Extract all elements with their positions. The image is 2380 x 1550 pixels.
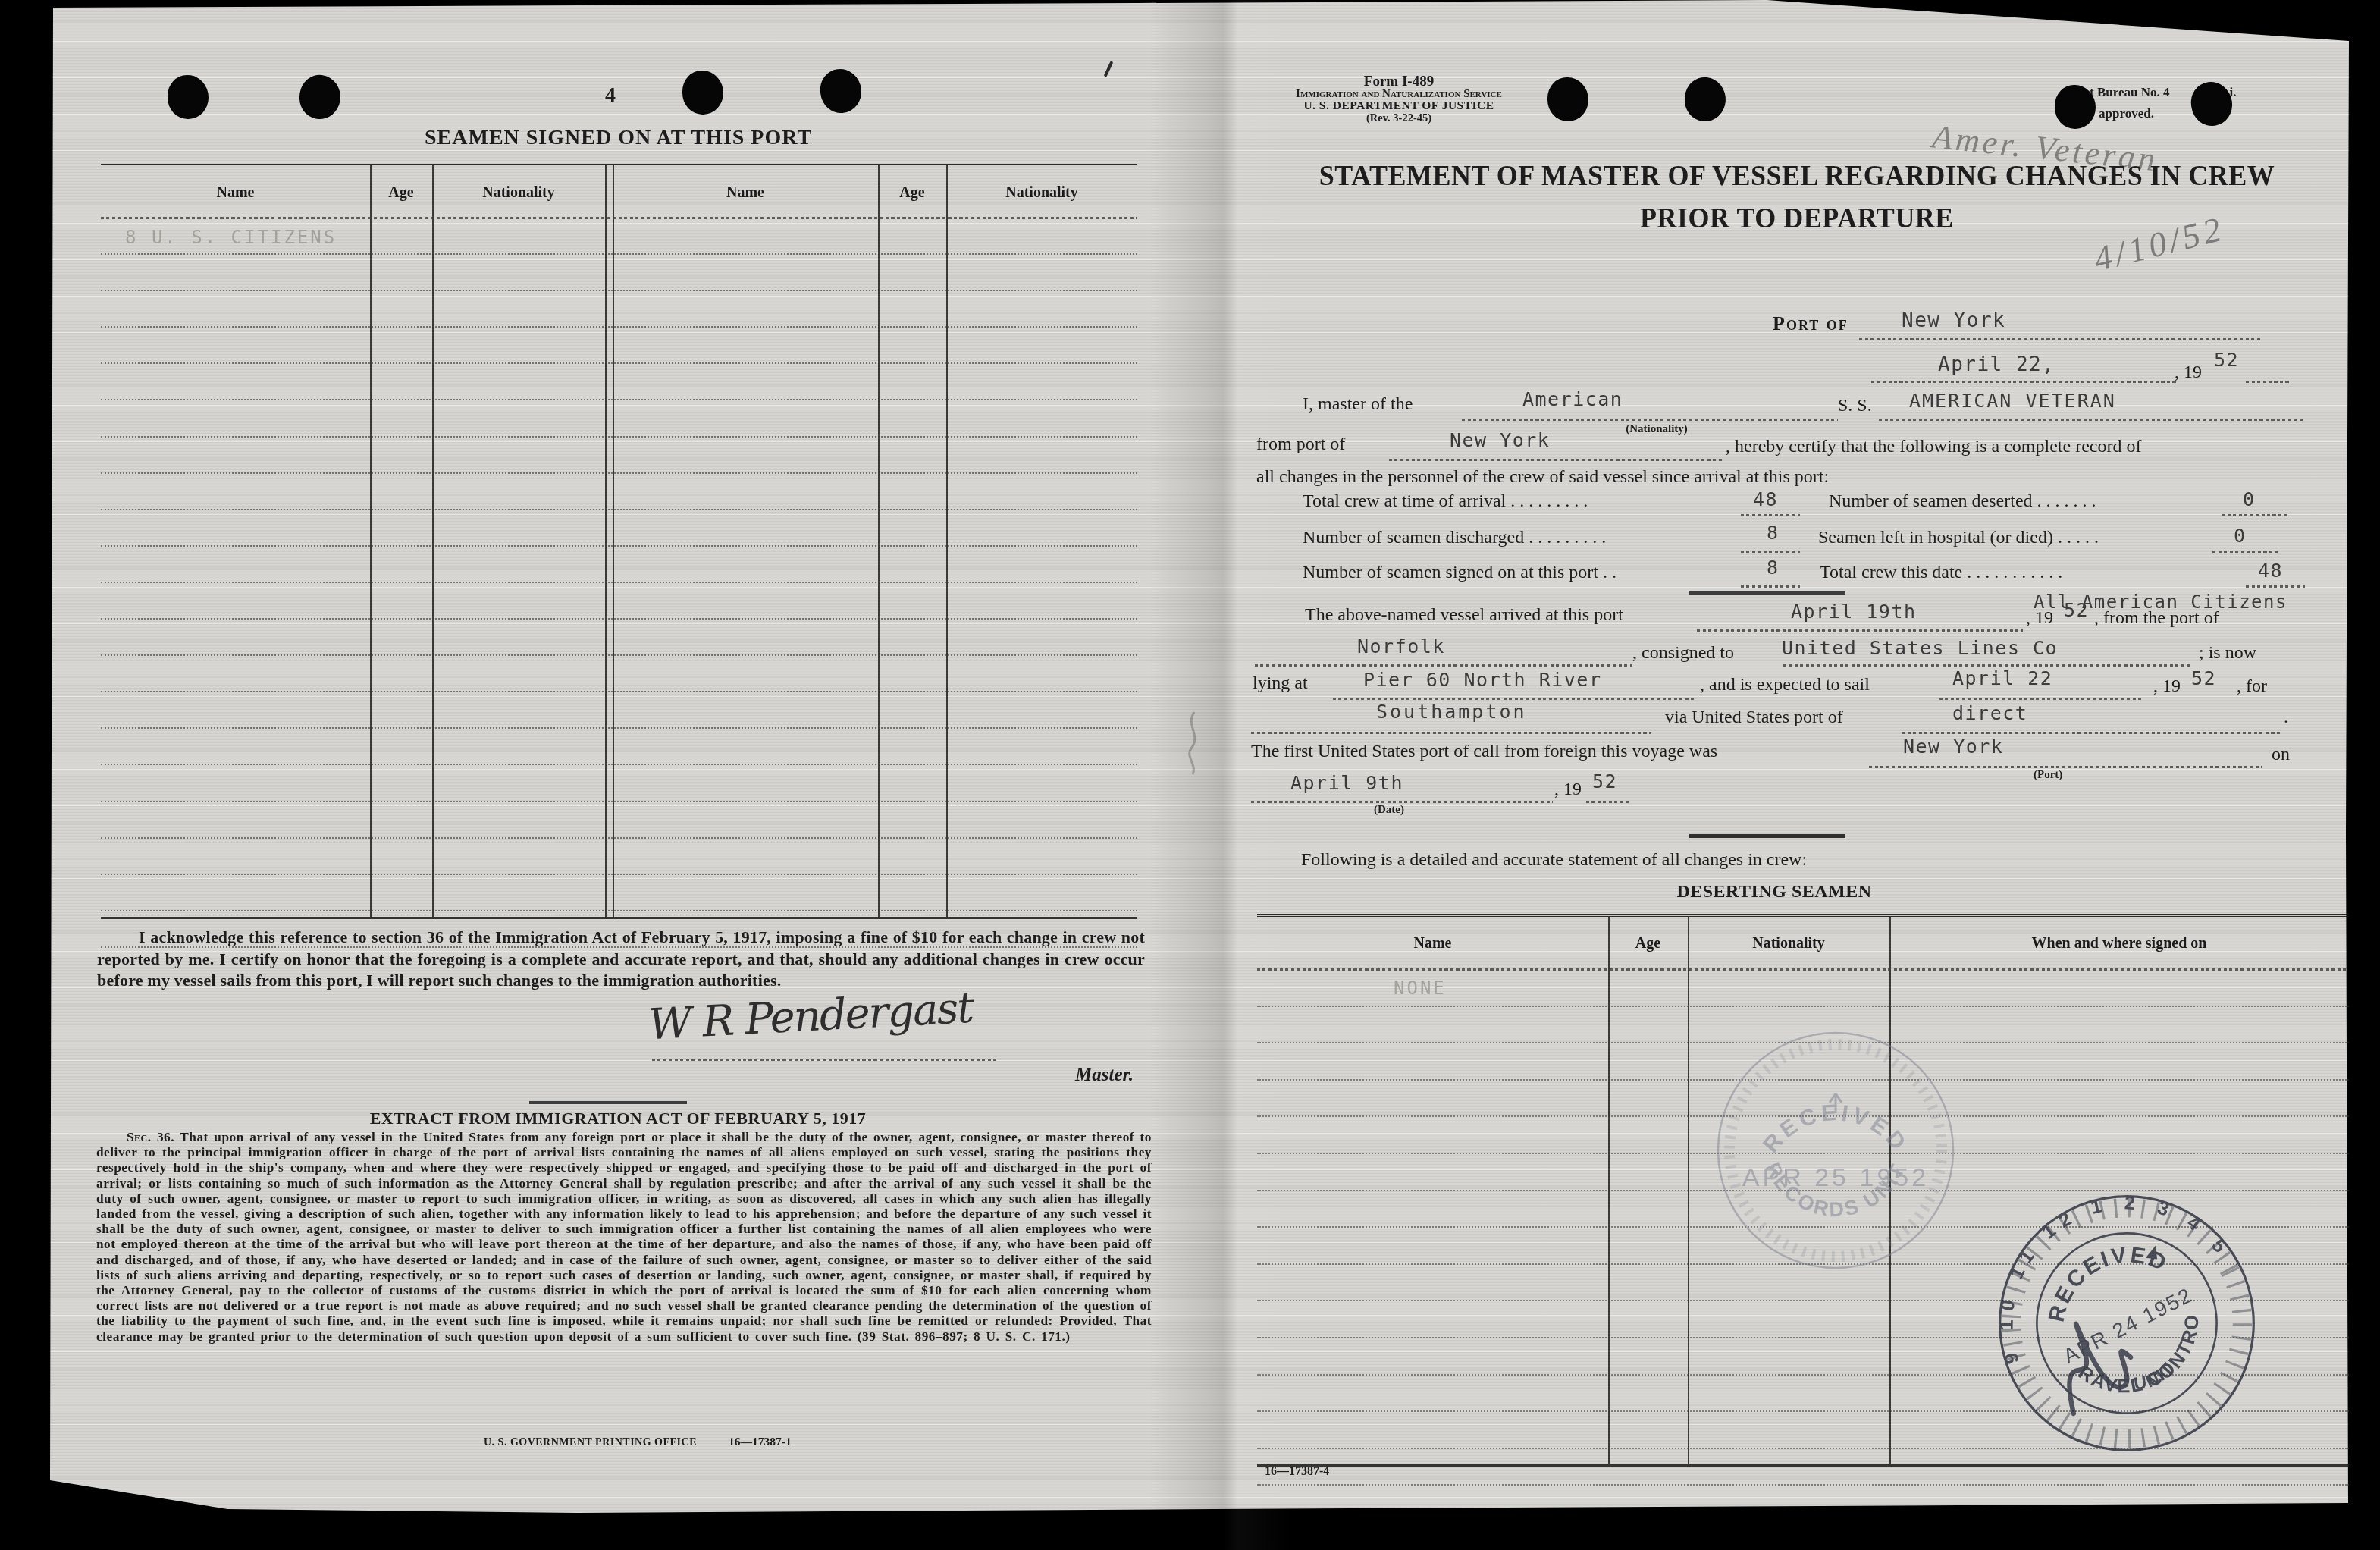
form-id-block: Form I-489 Immigration and Naturalizatio… <box>1247 76 1551 124</box>
sail-label: , and is expected to sail <box>1700 675 1870 695</box>
table-row <box>1257 1449 2349 1486</box>
svg-text:RECEIVED: RECEIVED <box>1758 1100 1912 1158</box>
pencil-squiggle-artifact <box>1171 709 1217 777</box>
all-changes-line: all changes in the personnel of the crew… <box>1256 467 1829 488</box>
stat-value: 48 <box>1753 488 1778 510</box>
first-year-value: 52 <box>1592 770 1617 792</box>
first-port-value: New York <box>1903 736 2003 758</box>
stat-label: Total crew at time of arrival . . . . . … <box>1303 491 1588 512</box>
arrived-suffix: , from the port of <box>2094 608 2219 629</box>
arrived-year-value: 52 <box>2064 599 2089 621</box>
stat-label: Total crew this date . . . . . . . . . .… <box>1820 563 2062 583</box>
from-port-line <box>1389 459 1723 461</box>
date-year-value: 52 <box>2214 349 2239 371</box>
form-title-line1: STATEMENT OF MASTER OF VESSEL REGARDING … <box>1289 158 2305 192</box>
first-port-line <box>1869 766 2262 768</box>
sail-year-value: 52 <box>2191 667 2216 689</box>
date-line <box>1871 381 2176 383</box>
consignee-value: United States Lines Co <box>1782 637 2058 659</box>
via-line <box>1902 732 2281 734</box>
for-label: , for <box>2237 676 2267 697</box>
records-stamp-received: RECEIVED <box>1758 1100 1912 1158</box>
form-id-revision: (Rev. 3-22-45) <box>1247 112 1551 124</box>
stat-line <box>1741 514 1800 516</box>
date-year-prefix: , 19 <box>2175 362 2202 383</box>
arrived-prefix: The above-named vessel arrived at this p… <box>1305 605 1623 626</box>
stat-label: Number of seamen signed on at this port … <box>1303 563 1616 583</box>
stat-label: Number of seamen deserted . . . . . . . <box>1829 491 2096 512</box>
stats-divider <box>1689 591 1845 595</box>
stat-value: 8 <box>1767 557 1780 579</box>
sail-date-value: April 22 <box>1952 667 2052 689</box>
none-entry: NONE <box>1394 977 1447 999</box>
first-year-line <box>1586 801 1632 803</box>
sail-year-prefix: , 19 <box>2153 676 2181 697</box>
pier-value: Pier 60 North River <box>1363 669 1601 691</box>
punch-hole <box>168 75 209 119</box>
stat-value: 48 <box>2258 560 2283 582</box>
port-of-label: Port of <box>1773 312 1848 335</box>
scanned-document: 4 SEAMEN SIGNED ON AT THIS PORT Name Age… <box>0 0 2380 1550</box>
punch-hole <box>2055 85 2096 129</box>
first-date-value: April 9th <box>1290 772 1403 794</box>
lying-label: lying at <box>1253 673 1308 694</box>
via-value: direct <box>1952 702 2027 724</box>
stat-line <box>2212 551 2281 553</box>
pier-line <box>1333 698 1695 700</box>
stat-value: 8 <box>1767 522 1780 544</box>
form-id-number: Form I-489 <box>1247 76 1551 88</box>
punch-hole <box>1547 77 1588 121</box>
stat-value: 0 <box>2234 525 2247 547</box>
sail-date-line <box>1939 698 2144 700</box>
date-sublabel: (Date) <box>1374 804 1404 817</box>
arrived-date-line <box>1697 629 2023 632</box>
stat-line <box>1741 585 1800 588</box>
nationality-value: American <box>1522 388 1623 410</box>
form-id-agency: Immigration and Naturalization Service <box>1247 88 1551 100</box>
arrived-date-value: April 19th <box>1791 601 1917 623</box>
from-port-suffix: , hereby certify that the following is a… <box>1726 437 2141 457</box>
from-port2-value: Norfolk <box>1357 635 1445 657</box>
records-unit-stamp: RECEIVED APR 25 1952 RECORDS UNIT <box>1711 1025 1961 1275</box>
via-period: . <box>2284 708 2288 728</box>
master-line-prefix: I, master of the <box>1303 394 1413 415</box>
from-port-value: New York <box>1450 429 1550 451</box>
consignee-line <box>1783 664 2193 667</box>
port-sublabel: (Port) <box>2034 769 2062 782</box>
deserting-heading: DESERTING SEAMEN <box>1623 882 1926 902</box>
col-header-name: Name <box>1257 935 1608 952</box>
stat-line <box>2222 514 2290 516</box>
destination-value: Southampton <box>1376 701 1527 723</box>
col-header-age: Age <box>1608 935 1688 952</box>
first-year-prefix: , 19 <box>1554 780 1582 800</box>
stat-label: Number of seamen discharged . . . . . . … <box>1303 528 1606 548</box>
stat-label: Seamen left in hospital (or died) . . . … <box>1818 528 2099 548</box>
col-header-nationality: Nationality <box>1688 935 1889 952</box>
from-port-prefix: from port of <box>1256 435 1345 455</box>
port-of-value: New York <box>1902 309 2005 332</box>
is-now-label: ; is now <box>2199 643 2256 664</box>
bureau-fragment: t Bureau No. 4 <box>2090 85 2169 99</box>
ss-label: S. S. <box>1838 396 1872 416</box>
date-value: April 22, <box>1938 353 2055 376</box>
date-line-tail <box>2246 381 2291 383</box>
on-label: on <box>2272 745 2290 765</box>
punch-hole <box>682 71 723 115</box>
center-divider <box>1689 834 1845 838</box>
following-line: Following is a detailed and accurate sta… <box>1301 850 1807 871</box>
first-date-line <box>1251 801 1553 803</box>
vessel-name-value: AMERICAN VETERAN <box>1909 390 2116 412</box>
nationality-sublabel: (Nationality) <box>1592 423 1721 436</box>
first-port-label: The first United States port of call fro… <box>1251 742 1717 762</box>
stat-line <box>2246 585 2305 588</box>
arrived-year-prefix: , 19 <box>2026 608 2053 629</box>
form-title-line2: PRIOR TO DEPARTURE <box>1289 201 2305 234</box>
stat-line <box>1741 551 1800 553</box>
bureau-approved: approved. <box>2099 106 2154 121</box>
via-label: via United States port of <box>1665 708 1843 728</box>
form-id-department: U. S. DEPARTMENT OF JUSTICE <box>1247 100 1551 112</box>
destination-line <box>1251 732 1651 734</box>
stat-value: 0 <box>2243 488 2256 510</box>
right-form-number: 16—17387-4 <box>1265 1465 1329 1479</box>
port-of-line <box>1859 338 2262 340</box>
from-port2-line <box>1255 664 1632 667</box>
vessel-name-line <box>1879 419 2303 421</box>
consigned-label: , consigned to <box>1632 643 1734 664</box>
nationality-line <box>1462 419 1838 421</box>
col-header-signed-on: When and where signed on <box>1889 935 2349 952</box>
